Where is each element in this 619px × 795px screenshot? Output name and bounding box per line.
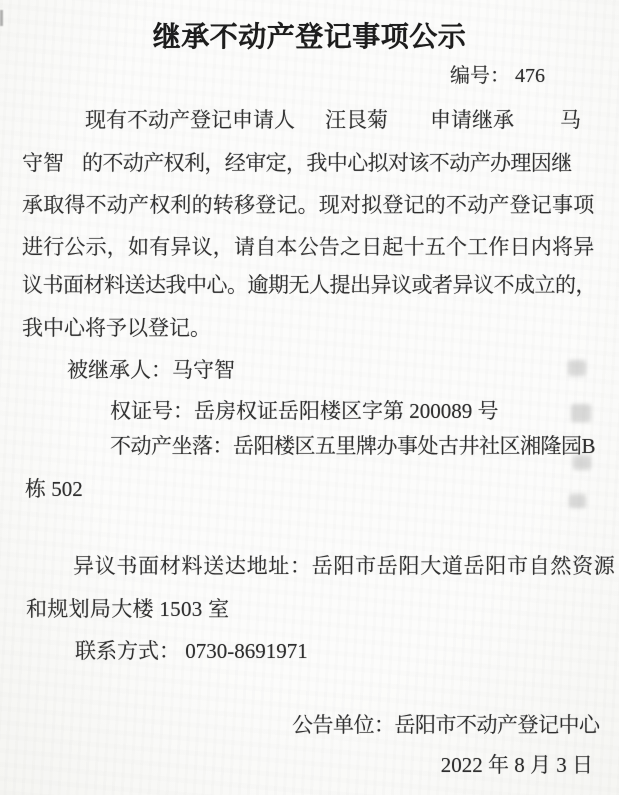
body-line-1-prefix: 现有不动产登记申请人 <box>85 107 295 133</box>
body-line-5: 议书面材料送达我中心。逾期无人提出异议或者异议不成立的， <box>22 272 596 298</box>
property-location-field: 不动产坐落：岳阳楼区五里牌办事处古井社区湘隆园B <box>110 433 595 459</box>
contact-phone-field: 联系方式： 0730-8691971 <box>75 638 308 664</box>
doc-number-value: 476 <box>515 63 545 89</box>
body-line-4: 进行公示，如有异议，请自本公告之日起十五个工作日内将异 <box>22 234 594 260</box>
body-line-1-mid: 申请继承 <box>430 107 514 133</box>
body-line-1: 现有不动产登记申请人 汪艮菊 申请继承 马 <box>85 107 581 133</box>
body-line-3: 承取得不动产权利的转移登记。现对拟登记的不动产登记事项 <box>22 192 594 218</box>
decedent-name-part-1: 马 <box>560 107 581 133</box>
body-line-2: 守智 的不动产权利，经审定，我中心拟对该不动产办理因继 <box>22 150 572 176</box>
bleed-through-mark <box>571 404 591 422</box>
applicant-name: 汪艮菊 <box>325 107 388 133</box>
decedent-field: 被继承人：马守智 <box>67 357 235 383</box>
issuer-field: 公告单位：岳阳市不动产登记中心 <box>292 712 600 738</box>
objection-address-field: 异议书面材料送达地址：岳阳市岳阳大道岳阳市自然资源 <box>73 553 616 579</box>
decedent-name-part-2: 守智 <box>22 150 64 176</box>
body-line-2-text: 的不动产权利，经审定，我中心拟对该不动产办理因继 <box>82 150 572 176</box>
certificate-number-field: 权证号：岳房权证岳阳楼区字第 200089 号 <box>110 398 499 424</box>
bleed-through-mark <box>569 494 586 508</box>
doc-number-line: 编号： 476 <box>450 63 545 89</box>
issue-date: 2022 年 8 月 3 日 <box>441 752 593 778</box>
objection-address-continued: 和规划局大楼 1503 室 <box>26 596 229 622</box>
property-location-continued: 栋 502 <box>25 476 83 502</box>
notice-title: 继承不动产登记事项公示 <box>0 24 619 50</box>
bleed-through-mark <box>568 360 586 376</box>
body-line-6: 我中心将予以登记。 <box>22 315 211 341</box>
scanned-notice-page: 继承不动产登记事项公示 编号： 476 现有不动产登记申请人 汪艮菊 申请继承 … <box>0 0 619 795</box>
doc-number-label: 编号： <box>450 63 510 89</box>
